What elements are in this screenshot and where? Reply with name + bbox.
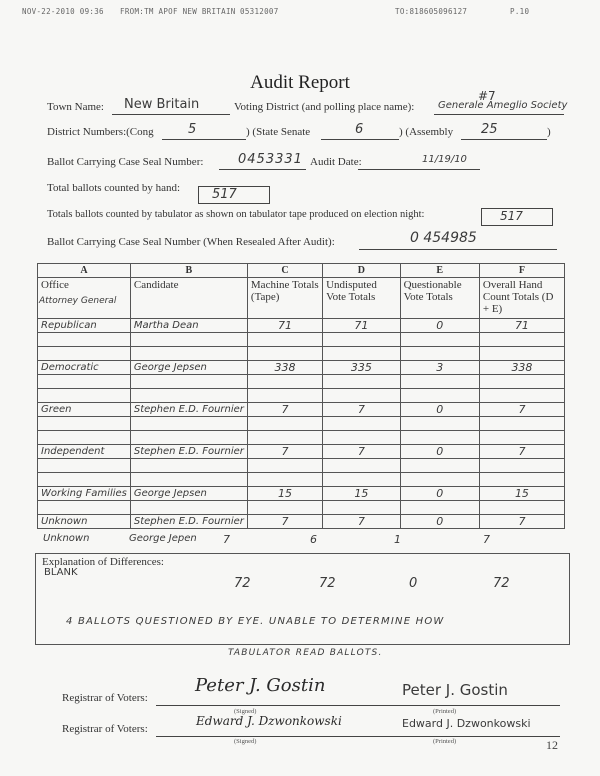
registrar-1-signature: Peter J. Gostin xyxy=(195,675,325,696)
column-letters-row: A B C D E F xyxy=(38,264,565,278)
cell-undisputed: 335 xyxy=(323,361,400,375)
explanation-note-line2: TABULATOR READ BALLOTS. xyxy=(228,648,383,658)
audit-date-value: 11/19/10 xyxy=(422,154,467,165)
column-headers-row: Office Attorney General Candidate Machin… xyxy=(38,278,565,319)
cell-candidate: Martha Dean xyxy=(130,319,247,333)
hand-count-value: 517 xyxy=(212,187,237,202)
registrar-2-signature: Edward J. Dzwonkowski xyxy=(196,714,342,728)
registrar-2-printed: Edward J. Dzwonkowski xyxy=(402,717,531,730)
cell-undisputed: 7 xyxy=(323,515,400,529)
town-value: New Britain xyxy=(124,97,199,112)
blank-row xyxy=(38,473,565,487)
cell-undisputed: 71 xyxy=(323,319,400,333)
page-number: 12 xyxy=(546,738,558,753)
explanation-box: Explanation of Differences: BLANK 72 72 … xyxy=(35,553,570,645)
header-office: Office Attorney General xyxy=(38,278,131,319)
blank-overall: 72 xyxy=(493,576,510,591)
cell-undisputed: 7 xyxy=(323,403,400,417)
cell-machine: 7 xyxy=(247,515,322,529)
fax-datetime: NOV-22-2010 09:36 xyxy=(22,7,104,16)
extra-machine: 7 xyxy=(223,533,230,546)
assembly-value: 25 xyxy=(481,122,498,137)
cell-office: Working Families xyxy=(38,487,131,501)
extra-office: Unknown xyxy=(43,533,89,544)
hand-count-label: Total ballots counted by hand: xyxy=(47,182,180,194)
blank-row xyxy=(38,459,565,473)
fax-from-number: 05312007 xyxy=(240,7,279,16)
cell-candidate: George Jepsen xyxy=(130,487,247,501)
fax-to: TO:818605096127 xyxy=(395,7,467,16)
town-label: Town Name: xyxy=(47,101,104,113)
page-title: Audit Report xyxy=(0,72,600,94)
cell-questionable: 0 xyxy=(400,487,479,501)
reseal-label: Ballot Carrying Case Seal Number (When R… xyxy=(47,236,335,248)
blank-row xyxy=(38,431,565,445)
cell-overall: 15 xyxy=(479,487,564,501)
extra-candidate: George Jepen xyxy=(129,533,197,544)
cell-overall: 71 xyxy=(479,319,564,333)
col-letter-e: E xyxy=(400,264,479,278)
cell-candidate: Stephen E.D. Fournier xyxy=(130,403,247,417)
registrar-2-label: Registrar of Voters: xyxy=(62,723,148,735)
explanation-note-line1: 4 BALLOTS QUESTIONED BY EYE. UNABLE TO D… xyxy=(66,616,444,627)
col-letter-c: C xyxy=(247,264,322,278)
table-row: DemocraticGeorge Jepsen3383353338 xyxy=(38,361,565,375)
extra-row: UnknownGeorge Jepen7617 xyxy=(37,533,565,549)
senate-value: 6 xyxy=(355,122,363,137)
blank-row xyxy=(38,333,565,347)
cell-questionable: 3 xyxy=(400,361,479,375)
cell-candidate: Stephen E.D. Fournier xyxy=(130,515,247,529)
cell-overall: 7 xyxy=(479,445,564,459)
cell-candidate: Stephen E.D. Fournier xyxy=(130,445,247,459)
cell-office: Democratic xyxy=(38,361,131,375)
fax-page: P.10 xyxy=(510,7,529,16)
blank-row xyxy=(38,389,565,403)
senate-label: ) (State Senate xyxy=(246,126,310,138)
cell-office: Unknown xyxy=(38,515,131,529)
cong-value: 5 xyxy=(188,122,196,137)
header-office-label: Office xyxy=(41,279,127,291)
registrar-1-printed: Peter J. Gostin xyxy=(402,681,508,699)
cell-undisputed: 7 xyxy=(323,445,400,459)
cell-machine: 338 xyxy=(247,361,322,375)
header-overall: Overall Hand Count Totals (D + E) xyxy=(479,278,564,319)
registrar-1-printed-caption: (Printed) xyxy=(433,708,456,715)
cell-machine: 7 xyxy=(247,403,322,417)
seal-value: 0453331 xyxy=(238,152,303,167)
header-undisputed: Undisputed Vote Totals xyxy=(323,278,400,319)
blank-row xyxy=(38,501,565,515)
voting-district-label: Voting District (and polling place name)… xyxy=(234,101,414,113)
extra-questionable: 1 xyxy=(394,533,401,546)
registrar-2-signed-caption: (Signed) xyxy=(234,738,256,745)
assembly-label: ) (Assembly xyxy=(399,126,453,138)
cell-questionable: 0 xyxy=(400,515,479,529)
cell-questionable: 0 xyxy=(400,445,479,459)
registrar-2-printed-caption: (Printed) xyxy=(433,738,456,745)
assembly-field xyxy=(461,126,547,140)
district-numbers-label: District Numbers:(Cong xyxy=(47,126,154,138)
cell-questionable: 0 xyxy=(400,403,479,417)
col-letter-f: F xyxy=(479,264,564,278)
blank-questionable: 0 xyxy=(409,576,417,591)
cell-questionable: 0 xyxy=(400,319,479,333)
col-letter-a: A xyxy=(38,264,131,278)
audit-date-label: Audit Date: xyxy=(310,156,362,168)
table-row: UnknownStephen E.D. Fournier7707 xyxy=(38,515,565,529)
cell-machine: 15 xyxy=(247,487,322,501)
fax-from: FROM:TM APOF NEW BRITAIN xyxy=(120,7,236,16)
audit-table: A B C D E F Office Attorney General Cand… xyxy=(37,263,565,529)
blank-undisputed: 72 xyxy=(319,576,336,591)
table-row: GreenStephen E.D. Fournier7707 xyxy=(38,403,565,417)
blank-machine: 72 xyxy=(234,576,251,591)
extra-undisputed: 6 xyxy=(310,533,317,546)
cell-office: Green xyxy=(38,403,131,417)
extra-overall: 7 xyxy=(483,533,490,546)
header-machine-totals: Machine Totals (Tape) xyxy=(247,278,322,319)
cell-machine: 71 xyxy=(247,319,322,333)
header-candidate: Candidate xyxy=(130,278,247,319)
table-row: RepublicanMartha Dean7171071 xyxy=(38,319,565,333)
voting-district-value: Generale Ameglio Society xyxy=(438,100,567,111)
blank-row xyxy=(38,347,565,361)
table-row: Working FamiliesGeorge Jepsen1515015 xyxy=(38,487,565,501)
tabulator-count-label: Totals ballots counted by tabulator as s… xyxy=(47,209,424,220)
cell-office: Independent xyxy=(38,445,131,459)
cong-field xyxy=(162,126,246,140)
tabulator-count-value: 517 xyxy=(500,209,523,223)
cell-overall: 338 xyxy=(479,361,564,375)
table-row: IndependentStephen E.D. Fournier7707 xyxy=(38,445,565,459)
col-letter-b: B xyxy=(130,264,247,278)
assembly-close: ) xyxy=(547,126,551,138)
cell-machine: 7 xyxy=(247,445,322,459)
cell-overall: 7 xyxy=(479,515,564,529)
blank-row xyxy=(38,375,565,389)
reseal-value: 0 454985 xyxy=(410,230,477,246)
registrar-1-label: Registrar of Voters: xyxy=(62,692,148,704)
col-letter-d: D xyxy=(323,264,400,278)
header-questionable: Questionable Vote Totals xyxy=(400,278,479,319)
office-name: Attorney General xyxy=(39,295,127,307)
explanation-blank-label: BLANK xyxy=(44,567,78,578)
cell-undisputed: 15 xyxy=(323,487,400,501)
cell-overall: 7 xyxy=(479,403,564,417)
cell-candidate: George Jepsen xyxy=(130,361,247,375)
cell-office: Republican xyxy=(38,319,131,333)
blank-row xyxy=(38,417,565,431)
seal-label: Ballot Carrying Case Seal Number: xyxy=(47,156,203,168)
